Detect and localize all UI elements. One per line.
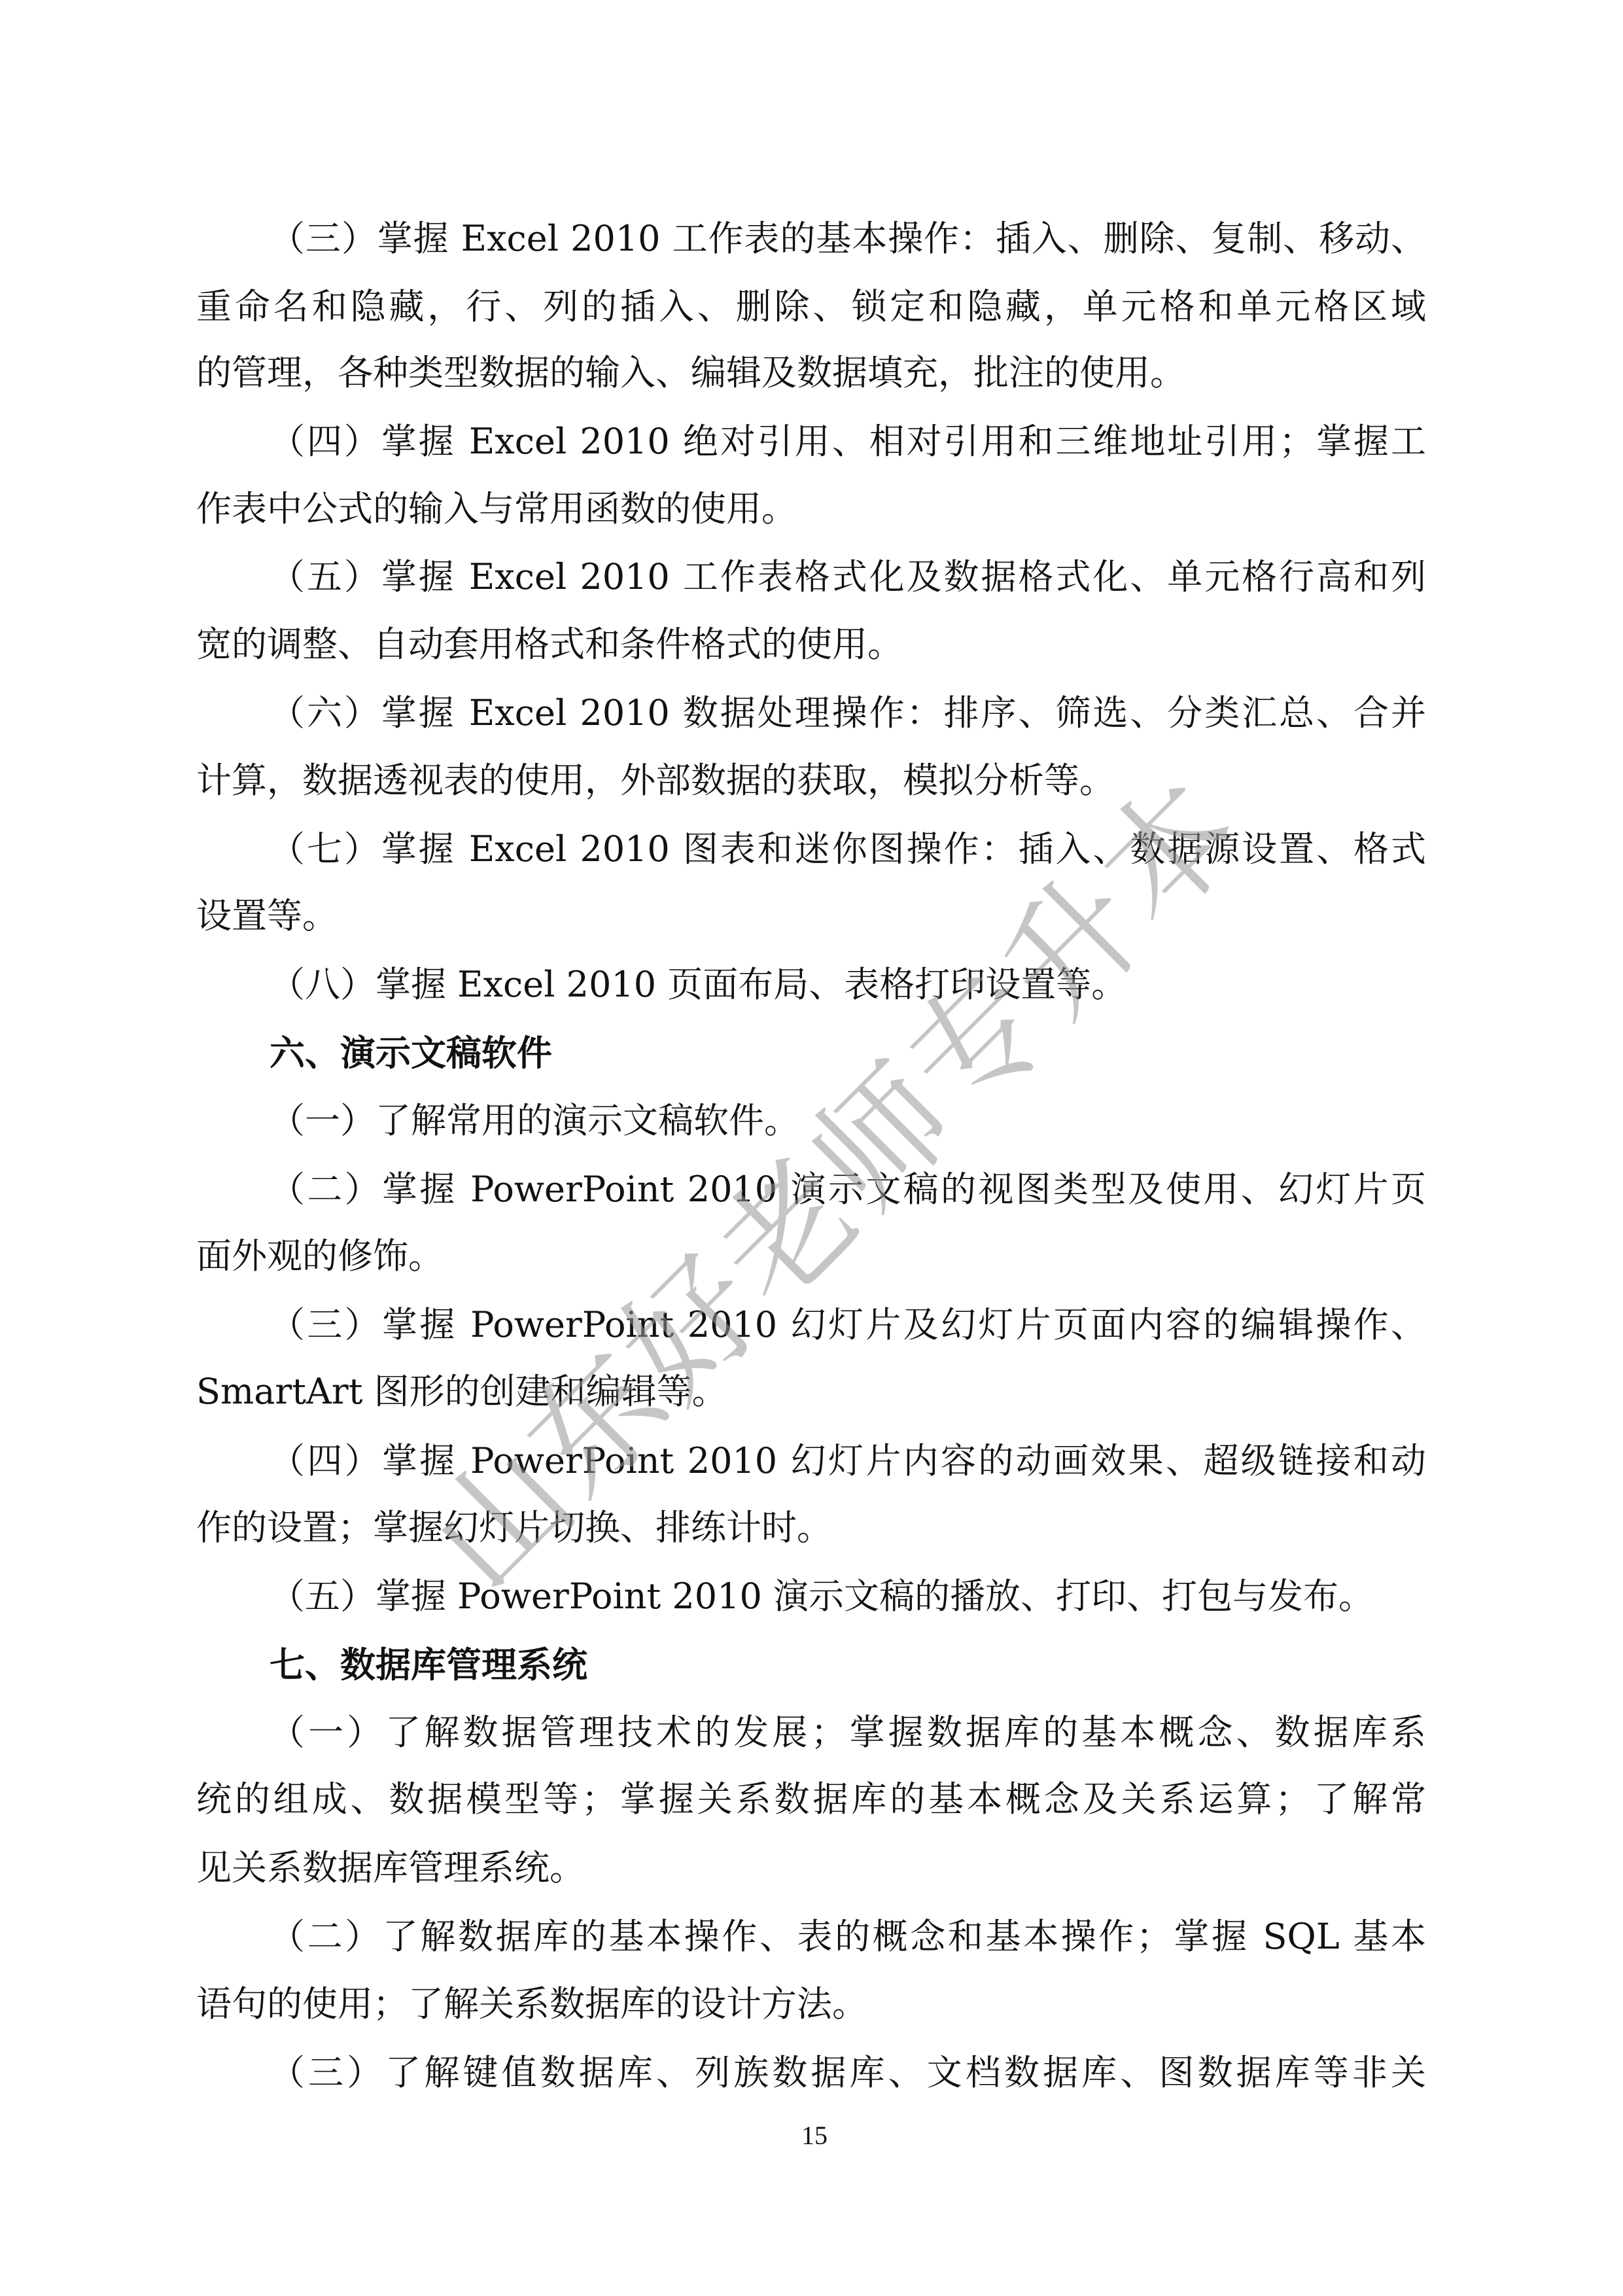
paragraph-line: 计算，数据透视表的使用，外部数据的获取，模拟分析等。: [196, 758, 1426, 804]
paragraph-line: （一）了解数据管理技术的发展；掌握数据库的基本概念、数据库系: [270, 1710, 1426, 1756]
paragraph-line: （八）掌握 Excel 2010 页面布局、表格打印设置等。: [270, 962, 1426, 1008]
paragraph-line: （二）了解数据库的基本操作、表的概念和基本操作；掌握 SQL 基本: [270, 1914, 1426, 1960]
paragraph-line: （四）掌握 PowerPoint 2010 幻灯片内容的动画效果、超级链接和动: [270, 1438, 1426, 1484]
paragraph-line: 见关系数据库管理系统。: [196, 1845, 1426, 1891]
paragraph-line: （七）掌握 Excel 2010 图表和迷你图操作：插入、数据源设置、格式: [270, 826, 1426, 872]
paragraph-line: （二）掌握 PowerPoint 2010 演示文稿的视图类型及使用、幻灯片页: [270, 1167, 1426, 1212]
section-heading: 六、演示文稿软件: [270, 1031, 552, 1076]
paragraph-line: SmartArt 图形的创建和编辑等。: [196, 1369, 1426, 1415]
paragraph-line: 作的设置；掌握幻灯片切换、排练计时。: [196, 1505, 1426, 1551]
paragraph-line: （五）掌握 Excel 2010 工作表格式化及数据格式化、单元格行高和列: [270, 554, 1426, 600]
paragraph-line: 面外观的修饰。: [196, 1233, 1426, 1279]
paragraph-line: 的管理，各种类型数据的输入、编辑及数据填充，批注的使用。: [196, 350, 1426, 396]
paragraph-line: （一）了解常用的演示文稿软件。: [270, 1098, 1426, 1144]
paragraph-line: （三）了解键值数据库、列族数据库、文档数据库、图数据库等非关: [270, 2050, 1426, 2096]
paragraph-line: （六）掌握 Excel 2010 数据处理操作：排序、筛选、分类汇总、合并: [270, 690, 1426, 736]
paragraph-line: 重命名和隐藏，行、列的插入、删除、锁定和隐藏，单元格和单元格区域: [196, 284, 1426, 330]
paragraph-line: （五）掌握 PowerPoint 2010 演示文稿的播放、打印、打包与发布。: [270, 1574, 1426, 1619]
paragraph-line: （四）掌握 Excel 2010 绝对引用、相对引用和三维地址引用；掌握工: [270, 419, 1426, 465]
document-page: （三）掌握 Excel 2010 工作表的基本操作：插入、删除、复制、移动、 重…: [0, 0, 1623, 2296]
paragraph-line: 统的组成、数据模型等；掌握关系数据库的基本概念及关系运算；了解常: [196, 1776, 1426, 1822]
section-heading: 七、数据库管理系统: [270, 1642, 587, 1688]
page-number: 15: [795, 2120, 834, 2151]
paragraph-line: （三）掌握 PowerPoint 2010 幻灯片及幻灯片页面内容的编辑操作、: [270, 1302, 1426, 1348]
paragraph-line: 作表中公式的输入与常用函数的使用。: [196, 486, 1426, 532]
paragraph-line: 设置等。: [196, 893, 1426, 939]
paragraph-line: 宽的调整、自动套用格式和条件格式的使用。: [196, 622, 1426, 667]
paragraph-line: （三）掌握 Excel 2010 工作表的基本操作：插入、删除、复制、移动、: [270, 216, 1426, 262]
paragraph-line: 语句的使用；了解关系数据库的设计方法。: [196, 1981, 1426, 2027]
